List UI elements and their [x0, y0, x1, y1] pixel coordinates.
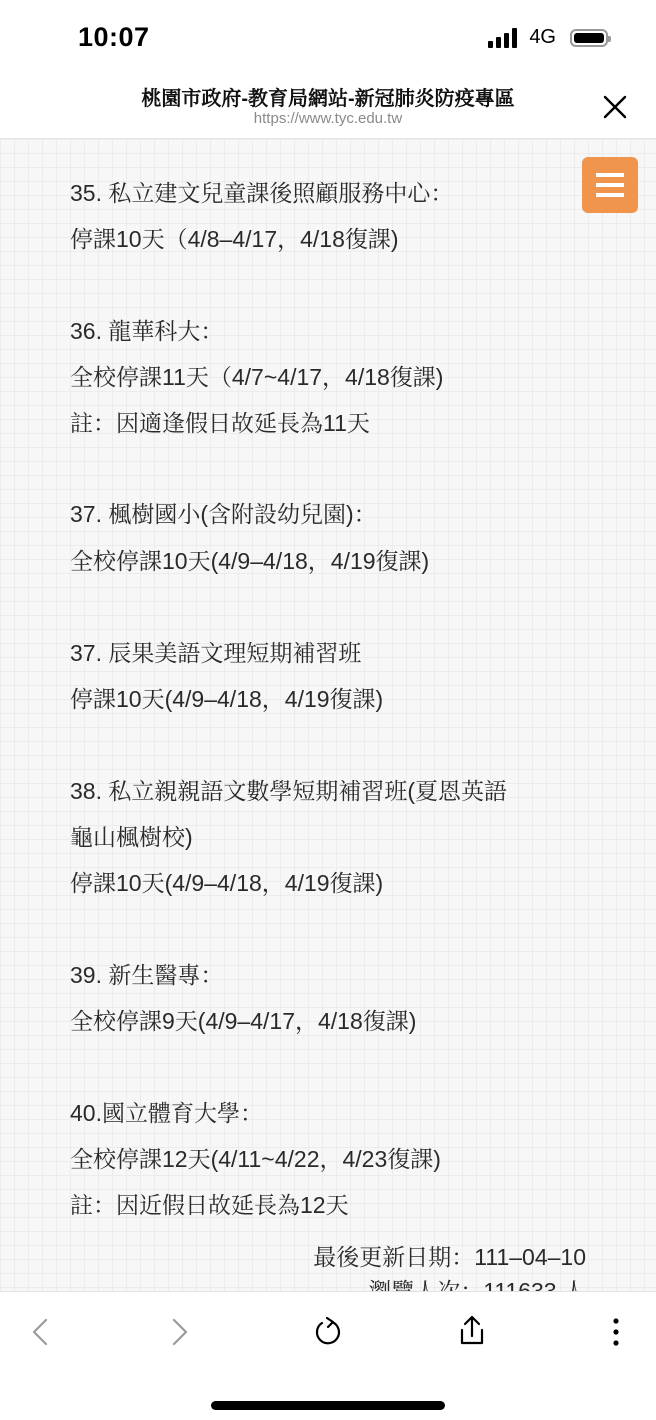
entry-heading: 36. 龍華科大：	[70, 313, 223, 346]
browser-toolbar	[0, 1291, 656, 1420]
forward-button[interactable]	[160, 1312, 200, 1352]
entry-heading-cont: 龜山楓樹校)	[70, 819, 193, 852]
entry-detail: 停課10天（4/8–4/17，4/18復課)	[70, 221, 399, 254]
share-icon	[452, 1312, 492, 1352]
page-url: https://www.tyc.edu.tw	[0, 110, 656, 127]
menu-button[interactable]	[582, 157, 638, 213]
entry-detail: 全校停課12天(4/11~4/22，4/23復課)	[70, 1141, 441, 1174]
network-type: 4G	[529, 26, 556, 49]
entry-note: 註：因近假日故延長為12天	[70, 1187, 349, 1220]
reload-button[interactable]	[308, 1312, 348, 1352]
back-button[interactable]	[20, 1312, 60, 1352]
hamburger-bar	[596, 193, 624, 197]
close-button[interactable]	[598, 90, 632, 124]
status-indicators: 4G	[488, 26, 608, 49]
close-icon	[598, 90, 632, 124]
entry-detail: 停課10天(4/9–4/18，4/19復課)	[70, 681, 383, 714]
browser-header: 桃園市政府-教育局網站-新冠肺炎防疫專區 https://www.tyc.edu…	[0, 78, 656, 139]
view-count: 瀏覽人次：111633 人	[368, 1273, 586, 1291]
entry-detail: 停課10天(4/9–4/18，4/19復課)	[70, 865, 383, 898]
last-updated: 最後更新日期：111–04–10	[313, 1239, 586, 1272]
hamburger-menu-icon	[596, 173, 624, 177]
hamburger-bar	[596, 183, 624, 187]
reload-icon	[308, 1312, 348, 1352]
more-button[interactable]	[596, 1312, 636, 1352]
entry-heading: 40.國立體育大學：	[70, 1095, 263, 1128]
entry-detail: 全校停課9天(4/9–4/17，4/18復課)	[70, 1003, 416, 1036]
entry-heading: 35. 私立建文兒童課後照顧服務中心：	[70, 175, 453, 208]
status-bar: 10:07 4G	[0, 0, 656, 78]
entry-heading: 37. 楓樹國小(含附設幼兒園)：	[70, 496, 377, 529]
back-chevron-icon	[20, 1312, 60, 1352]
home-indicator[interactable]	[211, 1401, 445, 1410]
entry-note: 註：因適逢假日故延長為11天	[70, 405, 370, 438]
entry-detail: 全校停課11天（4/7~4/17，4/18復課)	[70, 359, 443, 392]
page-content: 35. 私立建文兒童課後照顧服務中心： 停課10天（4/8–4/17，4/18復…	[0, 139, 656, 1291]
entry-heading: 38. 私立親親語文數學短期補習班(夏恩英語	[70, 773, 507, 806]
entry-detail: 全校停課10天(4/9–4/18，4/19復課)	[70, 543, 429, 576]
more-vertical-icon	[596, 1312, 636, 1352]
share-button[interactable]	[452, 1312, 492, 1352]
battery-icon	[570, 29, 608, 47]
signal-icon	[488, 28, 517, 48]
entry-heading: 39. 新生醫專：	[70, 957, 223, 990]
forward-chevron-icon	[160, 1312, 200, 1352]
entry-heading: 37. 辰果美語文理短期補習班	[70, 635, 361, 668]
status-time: 10:07	[78, 22, 150, 53]
page-title: 桃園市政府-教育局網站-新冠肺炎防疫專區	[0, 82, 656, 111]
